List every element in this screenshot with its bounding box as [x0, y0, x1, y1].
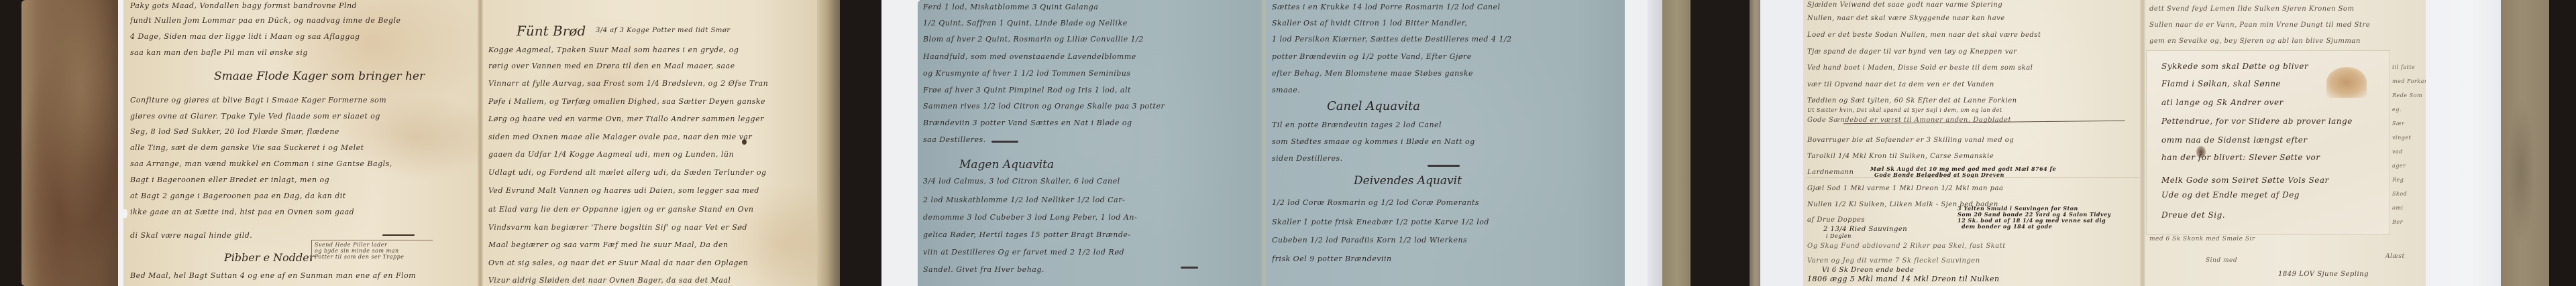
recipe-heading: Magen Aquavita [959, 158, 1054, 171]
text-line: Frøe af hver 3 Quint Pimpinel Rod og Iri… [923, 86, 1264, 94]
text-line: smaae. [1272, 86, 1629, 94]
ink-stroke [1181, 267, 1198, 269]
note-line: han der for blivert: Slever Søtte vor [2161, 153, 2390, 162]
mount-white [1625, 0, 1648, 286]
text-line: gelica Røder, Hertil tages 15 potter Bra… [923, 230, 1264, 239]
text-line: med Forkan [2392, 74, 2426, 88]
background-dark [1690, 0, 1755, 286]
text-line: 1849 LOV Sjune Sepling [2278, 271, 2427, 278]
amount-sub-text: i Deglen [1826, 233, 2143, 239]
text-line: Ferd 1 lod, Miskatblomme 3 Quint Galanga [923, 3, 1264, 11]
text-line: Skaller 1 potte frisk Eneabær 1/2 potte … [1272, 218, 1629, 226]
recipe-heading: Smaae Flode Kager som bringer her [214, 70, 425, 83]
note-line: Melk Gode som Seiret Søtte Vols Sear [2161, 175, 2390, 185]
text-line: Lørg og haare ved en varme Ovn, mer Tial… [488, 115, 818, 123]
text-line: Haandfuld, som med ovenstaaende Lavendel… [923, 52, 1264, 61]
torn-hole [123, 209, 127, 218]
recipe-heading: Deivendes Aquavit [1354, 174, 1462, 188]
text-line: saa kan man den bafle Pil man vil ønske … [130, 48, 480, 57]
note-line: Sykkede som skal Døtte og bliver [2161, 62, 2390, 71]
text-line: Vindsvarm kan begiærer 'There bogsltin S… [488, 223, 818, 232]
text-line: saa Destilleres. [923, 135, 1264, 144]
text-line: Rede Som [2392, 88, 2426, 102]
spread-3-right-page: dett Svend feyd Lemen Ilde Sulken Sjeren… [2145, 0, 2427, 286]
text-line: ikke gaae an at Sætte ind, hist paa en O… [130, 208, 480, 216]
text-line: Sandel. Givet fra Hver behag. [923, 265, 1264, 274]
text-line: med 6 Sk Skonk med Smøle Sir [2149, 236, 2427, 242]
text-line: Pøfe i Mallem, og Tørfæg omallen Dighed,… [488, 97, 818, 106]
text-line: 1/2 lod Coræ Rosmarin og 1/2 lod Coræ Po… [1272, 198, 1629, 207]
text-line: 4 Dage, Siden maa der ligge lidt i Maan … [130, 32, 480, 41]
year-line: Vi 6 Sk Dreon ende bede [1822, 267, 2143, 274]
text-line: Tarolkil 1/4 Mkl Kron til Sulken, Carse … [1807, 153, 2143, 160]
text-line: Paky gots Maad, Vondallen bagy formst ba… [130, 1, 480, 10]
text-line: Maal begiærer og saa varm Fæf med lie su… [488, 240, 818, 249]
text-line: 2 lod Muskatblomme 1/2 lod Nelliker 1/2 … [923, 196, 1264, 204]
text-line: efter Behag, Men Blomstene maae Støbes g… [1272, 69, 1629, 78]
text-line: Tjæ spand de dager til var bynd ven tøy … [1807, 48, 2143, 56]
text-line: eg. [2392, 102, 2426, 117]
text-line: som Stødtes smaae og kommes i Bløde en N… [1272, 137, 1629, 146]
text-line: Reg [2392, 173, 2426, 187]
recipe-heading: Pibber e Nodder [224, 251, 314, 264]
text-line: Confiture og giøres at blive Bagt i Smaa… [130, 96, 480, 104]
text-line: rørig over Vannen med en Drøra til den e… [488, 62, 818, 70]
text-line: 3/4 lod Calmus, 3 lod Citron Skaller, 6 … [923, 177, 1264, 186]
text-line: Til en potte Brændeviin tages 2 lod Cane… [1272, 121, 1629, 129]
note-line: omm naa de Sidenst længst efter [2161, 135, 2390, 145]
text-line: at Elad varg lie den er Oppanne igjen og… [488, 205, 818, 214]
spread-1-gutter [478, 0, 483, 286]
text-line: gem en Sevalke og, bey Sjeren og abl lan… [2149, 38, 2427, 45]
spread-1-right-page: Fünt Brød 3/4 af 3 Kogge Potter med lidt… [483, 0, 818, 286]
mount-grey-strip [1648, 0, 1662, 286]
page-edges [817, 0, 841, 286]
text-line: Sullen naar de er Vann, Paan min Vrene D… [2149, 21, 2427, 29]
text-line: potter Brændeviin og 1/2 potte Vand, Eft… [1272, 52, 1629, 61]
book-spine-tan [1662, 0, 1692, 286]
text-line: siden med Oxnen maae alle Malager ovale … [488, 133, 818, 141]
text-line: 1 lod Persikon Kiærner, Sættes dette Des… [1272, 35, 1629, 44]
amount-text: 2 13/4 Ried Sauvingen [1823, 226, 2143, 233]
text-line: gaaen da Udfar 1/4 Kogge Aagmeal udi, me… [488, 150, 818, 159]
text-line: Alæst [2385, 253, 2427, 260]
text-line: Svend Hede Piller lader [315, 242, 430, 248]
text-line: Blom af hver 2 Quint, Rosmarin og Liliæ … [923, 35, 1264, 44]
note-line: Flamd i Sølkan, skal Sønne [2161, 79, 2390, 88]
text-line: Ut Sætter hvin, Det skal spand at Sjer S… [1807, 107, 2143, 113]
text-line: Sættes i en Krukke 14 lod Porre Rosmarin… [1272, 3, 1629, 11]
text-line: og byde sin minde som man [315, 248, 430, 254]
text-line: ager [2392, 159, 2426, 173]
text-line: Og Skag Fund abdiovand 2 Riker paa Skel,… [1807, 242, 2143, 250]
heading-note: 3/4 af 3 Kogge Potter med lidt Smør [596, 27, 818, 34]
text-line: Brændeviin 3 potter Vand Sættes en Nat i… [923, 119, 1264, 127]
spread-1-left-page: Paky gots Maad, Vondallen bagy formst ba… [123, 0, 480, 286]
text-line: Bed Maal, hel Bagt Suttan 4 og ene af en… [130, 271, 480, 280]
note-line: Ude og det Endle meget af Deg [2161, 190, 2390, 200]
year-line: 1806 ægg 5 Mkl mand 14 Mkl Dreon til Nul… [1807, 275, 2143, 283]
text-line: frisk Oel 9 potter Brændeviin [1272, 255, 1629, 263]
spread-2-right-page: Sættes i en Krukke 14 lod Porre Rosmarin… [1267, 0, 1629, 286]
text-line: Ved Evrund Malt Vannen og haares udi Dai… [488, 186, 818, 195]
text-line: Ber [2392, 215, 2426, 229]
ink-stroke [382, 234, 415, 236]
spread-3-gutter [2140, 0, 2145, 286]
text-line: omi [2392, 201, 2426, 215]
text-line: vinget [2392, 131, 2426, 145]
spread-2-gutter [1261, 0, 1267, 286]
spread-3-left-page: Sjælden Veiwand det saae godt naar varme… [1803, 0, 2143, 286]
text-line: vad [2392, 145, 2426, 159]
text-line: Bovarruger bie at Sofaender er 3 Skillin… [1807, 137, 2143, 144]
spread-2-left-page: Ferd 1 lod, Miskatblomme 3 Quint Galanga… [918, 0, 1264, 286]
text-line: Potter til som den ser Trappe [315, 254, 430, 260]
text-line: Sammen rives 1/2 lod Citron og Orange Sk… [923, 102, 1264, 111]
text-line: 1/2 Quint, Saffran 1 Quint, Linde Blade … [923, 19, 1264, 27]
text-line: Sjælden Veiwand det saae godt naar varme… [1807, 1, 2143, 9]
text-line: alle Ting, sæt de dem ganske Vie saa Suc… [130, 143, 480, 152]
text-line: Skaller Ost af hvidt Citron 1 lod Bitter… [1272, 19, 1629, 27]
text-line: Udlagt udi, og Fordend alt mælet allerg … [488, 168, 818, 177]
text-line: Skod [2392, 187, 2426, 201]
text-line: vær til Opvand naar det ta dem ven er de… [1807, 81, 2143, 88]
background-dark [840, 0, 881, 286]
text-line: Gjæl Sod 1 Mkl varme 1 Mkl Dreon 1/2 Mkl… [1807, 185, 2143, 192]
text-line: dett Svend feyd Lemen Ilde Sulken Sjeren… [2149, 5, 2427, 13]
text-line: Vinnarr at fylle Aurvag, saa Frost som 1… [488, 79, 818, 88]
note-line: Dreue det Sig. [2161, 210, 2390, 220]
mount-white [881, 0, 920, 286]
text-line: viin at Destilleres Og er farvet med 2 1… [923, 248, 1264, 257]
text-line: Kogge Aagmeal, Tpaken Suur Maal som haar… [488, 46, 818, 54]
ink-stroke [991, 141, 1018, 143]
text-line: Nullen, naar det skal være Skyggende naa… [1807, 15, 2143, 22]
text-line: og Krusmynte af hver 1 1/2 lod Tommen Se… [923, 69, 1264, 78]
text-line: Varen og Jeg dit varme 7 Sk fleckel Sauv… [1807, 257, 2143, 265]
text-line: Tøddien og Sæt tylten, 60 Sk Efter det a… [1807, 97, 2143, 104]
text-line: Loed er det beste Sodan Nullen, men naar… [1807, 31, 2143, 39]
ink-stroke [1428, 165, 1460, 167]
text-line: Bagt i Bageroonen eller Bredet er inlagt… [130, 175, 480, 184]
pasted-note: Sykkede som skal Døtte og bliver Flamd i… [2147, 51, 2390, 234]
book-spine-leather [21, 0, 119, 286]
text-line: til fatte [2392, 60, 2426, 74]
text-line: at Bagt 2 gange i Bageroonen paa en Dag,… [130, 192, 480, 200]
text-line: Cubeben 1/2 lod Paradiis Korn 1/2 lod Wi… [1272, 236, 1629, 244]
note-line: Pettendrue, for vor Slidere ab prover la… [2161, 117, 2390, 126]
book-spine-tan [2501, 0, 2552, 286]
text-line: demomme 3 lod Cubeber 3 lod Long Peber, … [923, 213, 1264, 222]
text-line: Ved hand boet i Maden, Disse Sold er bes… [1807, 64, 2143, 72]
text-line: Seg, 8 lod Sød Sukker, 20 lod Flœde Smør… [130, 127, 480, 136]
recipe-heading: Canel Aquavita [1327, 99, 1420, 113]
text-line: Ovn at sig sales, og naar det er Suur Ma… [488, 259, 818, 267]
mount-strip [118, 0, 123, 286]
text-line: giøres ovne at Glarer. Tpake Tyle Ved fl… [130, 112, 480, 121]
ruled-line [1806, 177, 2140, 178]
background-dark-right [2549, 0, 2576, 286]
note-line: ati lange og Sk Andrer over [2161, 98, 2390, 107]
mount-white [1760, 0, 1806, 286]
mount-white [2426, 0, 2501, 286]
text-line: saa Arrange, man vænd mukkel en Comman i… [130, 159, 480, 168]
text-line: di Skal være nagal hinde gild. [130, 231, 480, 240]
side-text-column: til fatte med Forkan Rede Som eg. Sær vi… [2392, 60, 2426, 229]
text-line: fundt Nullen Jom Lommar paa en Dück, og … [130, 16, 480, 25]
ink-blot [742, 139, 747, 145]
text-line: Vizur aldrig Sløiden det naar Ovnen Bage… [488, 276, 818, 285]
text-line: Sær [2392, 117, 2426, 131]
recipe-heading: Fünt Brød [517, 23, 586, 39]
text-line: siden Destilleres. [1272, 154, 1629, 163]
margin-note: Svend Hede Piller lader og byde sin mind… [311, 240, 433, 261]
